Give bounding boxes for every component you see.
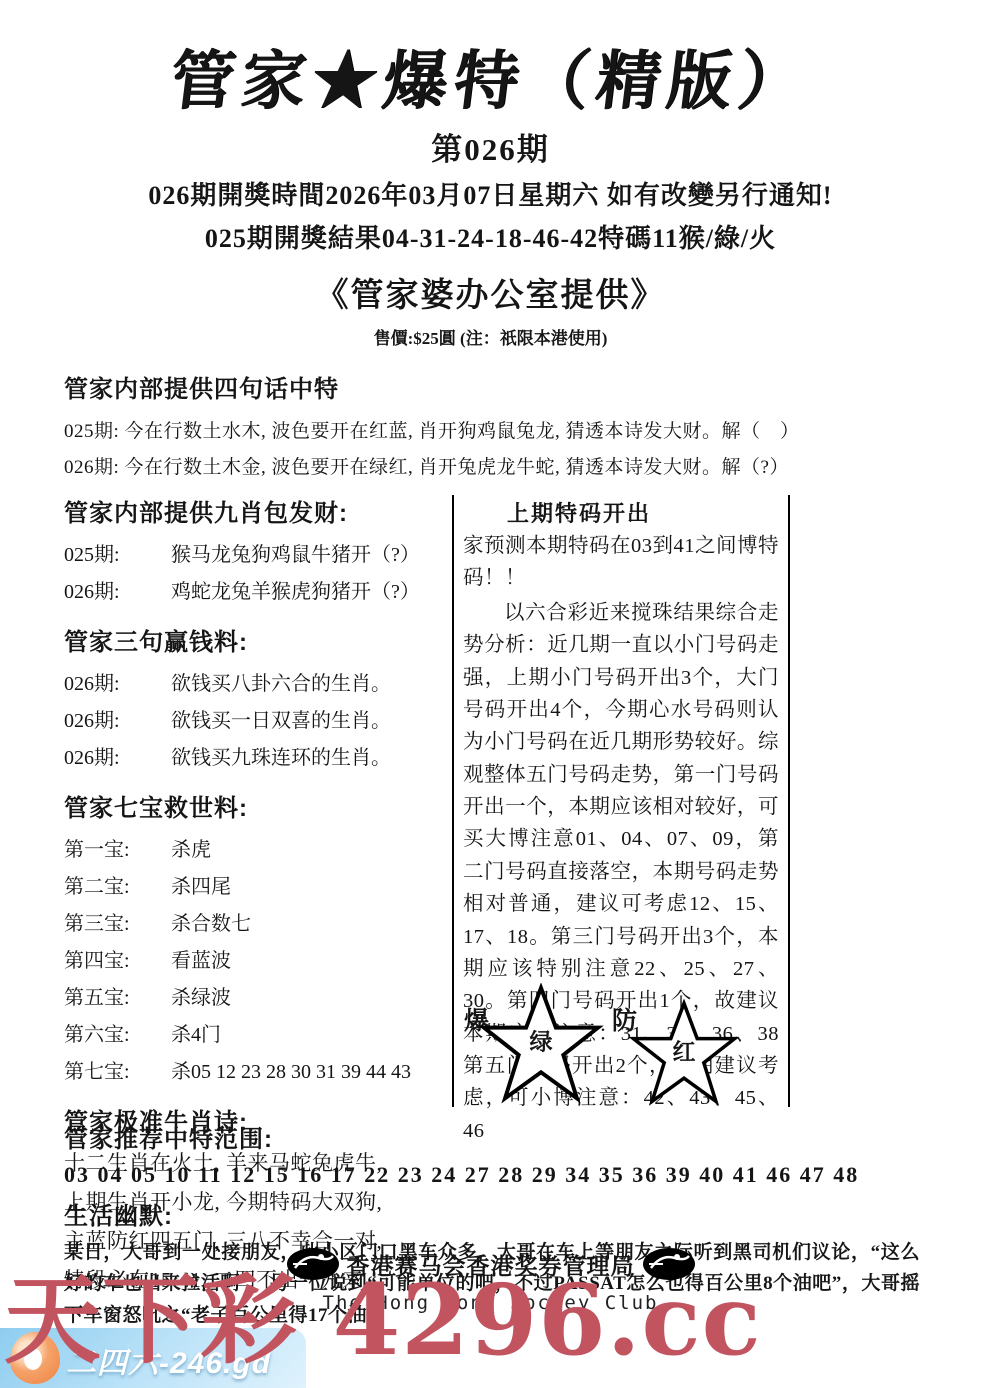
- price-note: 售價:$25圓 (注：祇限本港使用): [0, 324, 981, 349]
- section-seven-treasures: 管家七宝救世料: 第一宝: 杀虎 第二宝: 杀四尾 第三宝: 杀合数七 第四宝:…: [64, 788, 446, 1084]
- provider-title: 《管家婆办公室提供》: [0, 269, 981, 316]
- spacer: [64, 770, 446, 788]
- row-value: 看蓝波: [171, 944, 446, 973]
- list-item: 第一宝: 杀虎: [64, 833, 446, 862]
- tip-sheet-page: 管家★爆特（精版） 第026期 026期開獎時間2026年03月07日星期六 如…: [0, 0, 981, 1388]
- row-label: 第一宝:: [64, 833, 171, 862]
- list-item: 026期: 欲钱买九珠连环的生肖。: [64, 741, 446, 770]
- site-watermark: 天下彩 4296.cc: [4, 1272, 762, 1369]
- section-heading: 管家极准牛肖诗:: [64, 1102, 446, 1137]
- row-value: 杀绿波: [171, 981, 446, 1010]
- section-three-sentences: 管家三句赢钱料: 026期: 欲钱买八卦六合的生肖。 026期: 欲钱买一日双喜…: [64, 622, 446, 770]
- row-label: 025期:: [64, 538, 171, 567]
- row-label: 第五宝:: [64, 981, 171, 1010]
- green-star-char: 绿: [530, 1024, 553, 1057]
- row-label: 026期:: [64, 704, 171, 733]
- section-heading: 管家三句赢钱料:: [64, 622, 446, 657]
- list-item: 第三宝: 杀合数七: [64, 907, 446, 936]
- row-value: 杀虎: [171, 833, 446, 862]
- row-label: 026期:: [64, 741, 171, 770]
- tip-line: 025期: 今在行数土水木, 波色要开在红蓝, 肖开狗鸡鼠兔龙, 猜透本诗发大财…: [64, 416, 981, 443]
- section-four-sentences: 管家内部提供四句话中特 025期: 今在行数土水木, 波色要开在红蓝, 肖开狗鸡…: [64, 369, 981, 479]
- list-item: 026期: 欲钱买八卦六合的生肖。: [64, 667, 446, 696]
- section-heading: 管家七宝救世料:: [64, 788, 446, 823]
- row-value: 猴马龙兔狗鸡鼠牛猪开（?）: [171, 538, 446, 567]
- list-item: 第二宝: 杀四尾: [64, 870, 446, 899]
- list-item: 第五宝: 杀绿波: [64, 981, 446, 1010]
- row-value: 欲钱买一日双喜的生肖。: [171, 704, 446, 733]
- row-value: 杀4门: [171, 1018, 446, 1047]
- row-label: 第三宝:: [64, 907, 171, 936]
- row-value: 杀四尾: [171, 870, 446, 899]
- poem-line: 上期生肖开小龙, 今期特码大双狗,: [64, 1186, 446, 1216]
- row-label: 第六宝:: [64, 1018, 171, 1047]
- green-star: 绿: [478, 983, 604, 1107]
- row-value: 杀05 12 23 28 30 31 39 44 43: [171, 1055, 446, 1084]
- row-label: 第四宝:: [64, 944, 171, 973]
- row-value: 欲钱买九珠连环的生肖。: [171, 741, 446, 770]
- red-star-char: 红: [673, 1033, 696, 1066]
- page-title: 管家★爆特（精版）: [0, 30, 981, 122]
- star-banner: 爆 绿 防 红: [454, 983, 770, 1107]
- columns: 管家内部提供九肖包发财: 025期: 猴马龙兔狗鸡鼠牛猪开（?） 026期: 鸡…: [0, 493, 981, 1111]
- list-item: 第六宝: 杀4门: [64, 1018, 446, 1047]
- draw-time-line: 026期開獎時間2026年03月07日星期六 如有改變另行通知!: [0, 175, 981, 212]
- left-column: 管家内部提供九肖包发财: 025期: 猴马龙兔狗鸡鼠牛猪开（?） 026期: 鸡…: [64, 493, 446, 1294]
- spacer: [64, 604, 446, 622]
- row-label: 026期:: [64, 667, 171, 696]
- section-nine-zodiac: 管家内部提供九肖包发财: 025期: 猴马龙兔狗鸡鼠牛猪开（?） 026期: 鸡…: [64, 493, 446, 604]
- list-item: 025期: 猴马龙兔狗鸡鼠牛猪开（?）: [64, 538, 446, 567]
- issue-number: 第026期: [0, 124, 981, 169]
- row-value: 杀合数七: [171, 907, 446, 936]
- row-value: 鸡蛇龙兔羊猴虎狗猪开（?）: [171, 575, 446, 604]
- list-item: 026期: 鸡蛇龙兔羊猴虎狗猪开（?）: [64, 575, 446, 604]
- poem-line: 十二生肖在火土, 羊来马蛇兔虎牛,: [64, 1147, 446, 1177]
- spacer: [64, 1084, 446, 1102]
- section-heading: 管家内部提供九肖包发财:: [64, 493, 446, 528]
- section-heading: 管家内部提供四句话中特: [64, 369, 981, 404]
- row-value: 欲钱买八卦六合的生肖。: [171, 667, 446, 696]
- red-star: 红: [626, 999, 742, 1109]
- list-item: 第七宝: 杀05 12 23 28 30 31 39 44 43: [64, 1055, 446, 1084]
- list-item: 第四宝: 看蓝波: [64, 944, 446, 973]
- analysis-box: 上期特码开出 家预测本期特码在03到41之间博特码！！ 以六合彩近来搅珠结果综合…: [452, 495, 790, 1107]
- row-label: 第二宝:: [64, 870, 171, 899]
- analysis-paragraph: 家预测本期特码在03到41之间博特码！！: [463, 530, 779, 595]
- list-item: 026期: 欲钱买一日双喜的生肖。: [64, 704, 446, 733]
- last-result-line: 025期開獎結果04-31-24-18-46-42特碼11猴/綠/火: [0, 218, 981, 255]
- row-label: 026期:: [64, 575, 171, 604]
- header: 管家★爆特（精版） 第026期 026期開獎時間2026年03月07日星期六 如…: [0, 30, 981, 349]
- row-label: 第七宝:: [64, 1055, 171, 1084]
- analysis-heading: 上期特码开出: [463, 495, 779, 528]
- tip-line: 026期: 今在行数土木金, 波色要开在绿红, 肖开兔虎龙牛蛇, 猜透本诗发大财…: [64, 452, 981, 479]
